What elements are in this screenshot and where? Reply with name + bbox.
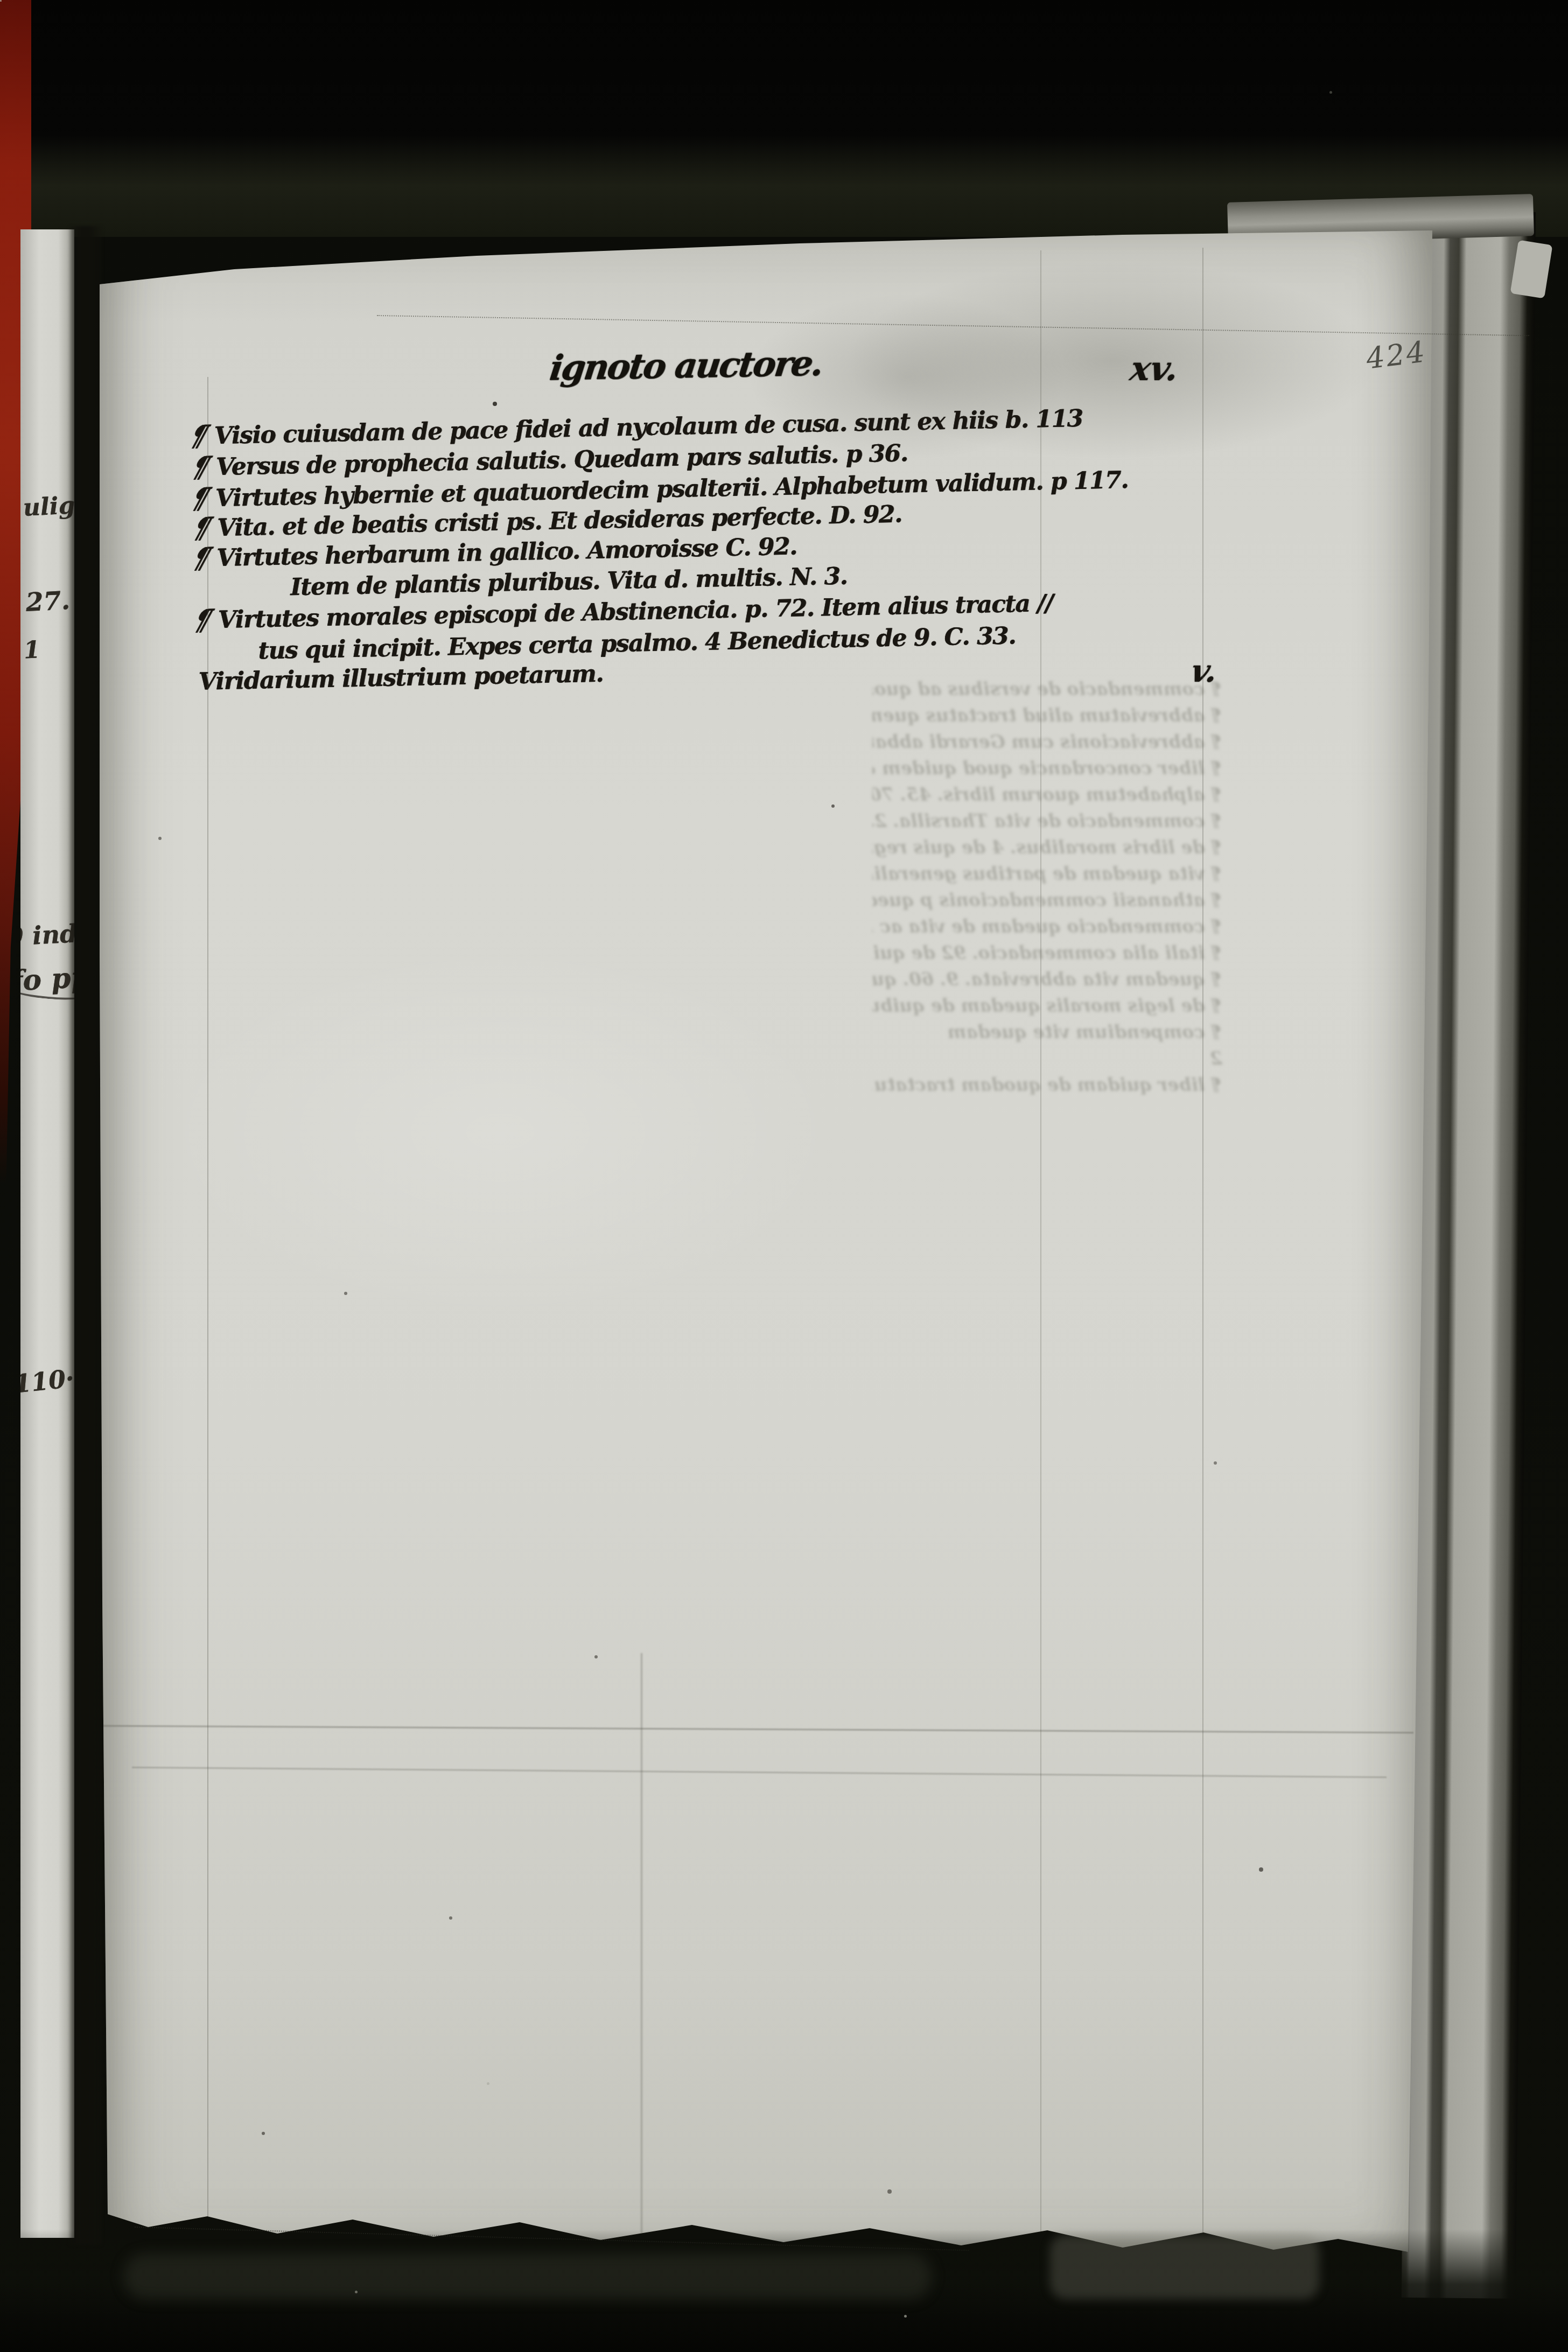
folio-number: 424	[1364, 334, 1429, 375]
showthrough-line: ¶ de legis moralis quedam de quibus 90. …	[872, 992, 1222, 1019]
facing-page-edge: uligen 27. 1 9 indor, fo pp 110·	[20, 229, 74, 2238]
ink-showthrough: ¶ commendacio de versibus ad quosdam ¶ a…	[872, 676, 1222, 1139]
paragraph-mark: ¶	[188, 512, 215, 545]
margin-fragment: 9 indor,	[20, 917, 74, 951]
showthrough-line: ¶ vita quedam de partibus generalibus	[872, 860, 1222, 887]
paragraph-mark: ¶	[187, 542, 214, 575]
manuscript-page: ignoto auctore. xv. 424 ¶Visio cuiusdam …	[100, 199, 1435, 2272]
column-rule-line	[1202, 248, 1203, 2240]
horizontal-crease	[100, 1725, 1413, 1734]
showthrough-line: ¶ abbreviatum aliud tractatus quem dicit	[872, 702, 1222, 729]
showthrough-line: ¶ commendacio de versibus ad quosdam	[872, 676, 1222, 702]
index-entry: ¶Visio cuiusdam de pace fidei ad nycolau…	[191, 405, 1083, 450]
showthrough-line: ¶ alphabetum quorum libris. 45. 70	[872, 781, 1222, 808]
showthrough-line: ¶ compendium vite quedam	[872, 1019, 1222, 1045]
showthrough-line: ¶ athanasii commendacionis p quedam deo	[872, 887, 1222, 913]
paragraph-mark: ¶	[186, 482, 213, 515]
page-heading: ignoto auctore.	[548, 344, 824, 389]
showthrough-line: ¶ quedam vita abbreviata. 9. 60. quedam …	[872, 966, 1222, 992]
showthrough-line: ¶ commendacio quedam de vita ac libris. …	[872, 913, 1222, 940]
quire-numeral: xv.	[1128, 349, 1182, 388]
vertical-crease	[641, 1653, 642, 2235]
margin-fragment: 110·	[20, 1363, 74, 1398]
paragraph-mark: ¶	[189, 604, 216, 637]
entry-text: Visio cuiusdam de pace fidei ad nycolaum…	[214, 405, 1083, 450]
index-entries: ¶Visio cuiusdam de pace fidei ad nycolau…	[191, 400, 1327, 713]
manuscript-photograph: uligen 27. 1 9 indor, fo pp 110· ignoto …	[0, 0, 1568, 2352]
bottom-edge-streak	[124, 2253, 932, 2299]
showthrough-line: ¶ liber quidam de quodam tractatu. 94.	[872, 1072, 1222, 1098]
bottom-edge-streak	[1050, 2235, 1319, 2299]
index-entry: Viridarium illustrium poetarum.	[198, 660, 603, 696]
paragraph-mark: ¶	[187, 451, 214, 484]
margin-fragment: 27.	[25, 586, 71, 618]
showthrough-line: ¶ commendacio de vita Tharsilla. 23. qui…	[872, 808, 1222, 834]
entry-text: Viridarium illustrium poetarum.	[198, 660, 603, 696]
dust-specks	[0, 0, 2, 2]
showthrough-line: ¶ liber concordancie quod quidem quem 92…	[872, 755, 1222, 781]
margin-rule-line	[207, 377, 208, 2224]
horizontal-crease	[132, 1767, 1387, 1778]
showthrough-line: ¶ de libris moralibus. 4 de quis regis. …	[872, 834, 1222, 860]
showthrough-line: 2	[872, 1045, 1222, 1072]
margin-fragment: 1	[23, 636, 41, 664]
showthrough-line: ¶ abbreviacionis cum Gerardi abbatis A. …	[872, 729, 1222, 755]
margin-fragment: uligen	[23, 490, 74, 522]
showthrough-line: ¶ itali alia commendacio. 92 de quibus 6…	[872, 940, 1222, 966]
gutter-shadow	[69, 226, 102, 2245]
column-rule-line	[1040, 250, 1041, 2237]
